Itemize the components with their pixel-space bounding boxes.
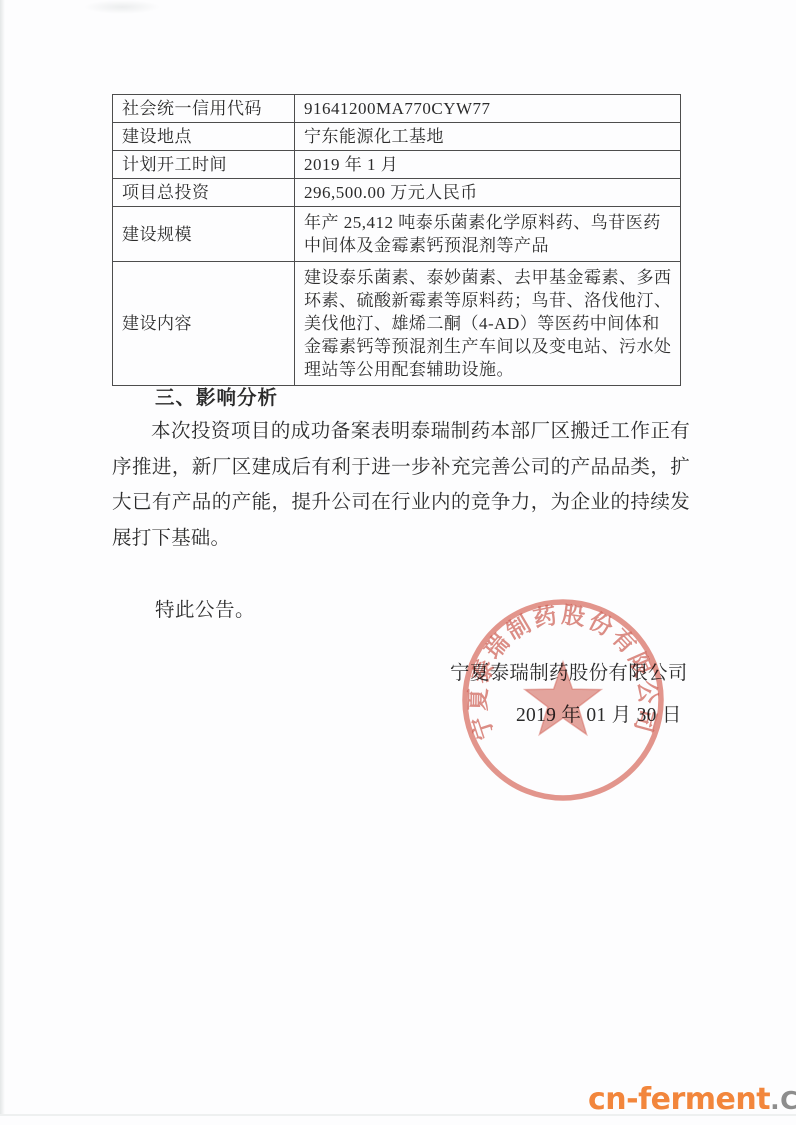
watermark-tld: .COM [770, 1086, 796, 1115]
scan-left-edge [0, 0, 5, 1115]
watermark-name: cn-ferment [588, 1082, 770, 1117]
closing-statement: 特此公告。 [155, 594, 255, 622]
document-page: 社会统一信用代码 91641200MA770CYW77 建设地点 宁东能源化工基… [0, 0, 796, 1125]
site-watermark: cn-ferment.COM [588, 1082, 796, 1117]
table-row: 社会统一信用代码 91641200MA770CYW77 [113, 95, 681, 123]
row-value: 2019 年 1 月 [295, 151, 681, 179]
table-row: 项目总投资 296,500.00 万元人民币 [113, 179, 681, 207]
row-label: 计划开工时间 [113, 151, 295, 179]
table-row: 计划开工时间 2019 年 1 月 [113, 151, 681, 179]
announcement-date: 2019 年 01 月 30 日 [516, 699, 682, 727]
company-signature: 宁夏泰瑞制药股份有限公司 [450, 657, 688, 685]
row-value: 年产 25,412 吨泰乐菌素化学原料药、鸟苷医药中间体及金霉素钙预混剂等产品 [295, 207, 681, 262]
row-label: 项目总投资 [113, 179, 295, 207]
table-row: 建设内容 建设泰乐菌素、泰妙菌素、去甲基金霉素、多西环素、硫酸新霉素等原料药；鸟… [113, 262, 681, 386]
scan-smudge [84, 0, 160, 14]
impact-paragraph: 本次投资项目的成功备案表明泰瑞制药本部厂区搬迁工作正有序推进，新厂区建成后有利于… [112, 414, 690, 556]
row-value: 宁东能源化工基地 [295, 123, 681, 151]
table-row: 建设地点 宁东能源化工基地 [113, 123, 681, 151]
project-info-table: 社会统一信用代码 91641200MA770CYW77 建设地点 宁东能源化工基… [112, 94, 681, 386]
row-label: 社会统一信用代码 [113, 95, 295, 123]
row-value: 296,500.00 万元人民币 [295, 179, 681, 207]
row-value: 91641200MA770CYW77 [295, 95, 681, 123]
table-row: 建设规模 年产 25,412 吨泰乐菌素化学原料药、鸟苷医药中间体及金霉素钙预混… [113, 207, 681, 262]
row-label: 建设地点 [113, 123, 295, 151]
section-heading: 三、影响分析 [155, 382, 278, 410]
row-label: 建设规模 [113, 207, 295, 262]
row-value: 建设泰乐菌素、泰妙菌素、去甲基金霉素、多西环素、硫酸新霉素等原料药；鸟苷、洛伐他… [295, 262, 681, 386]
row-label: 建设内容 [113, 262, 295, 386]
